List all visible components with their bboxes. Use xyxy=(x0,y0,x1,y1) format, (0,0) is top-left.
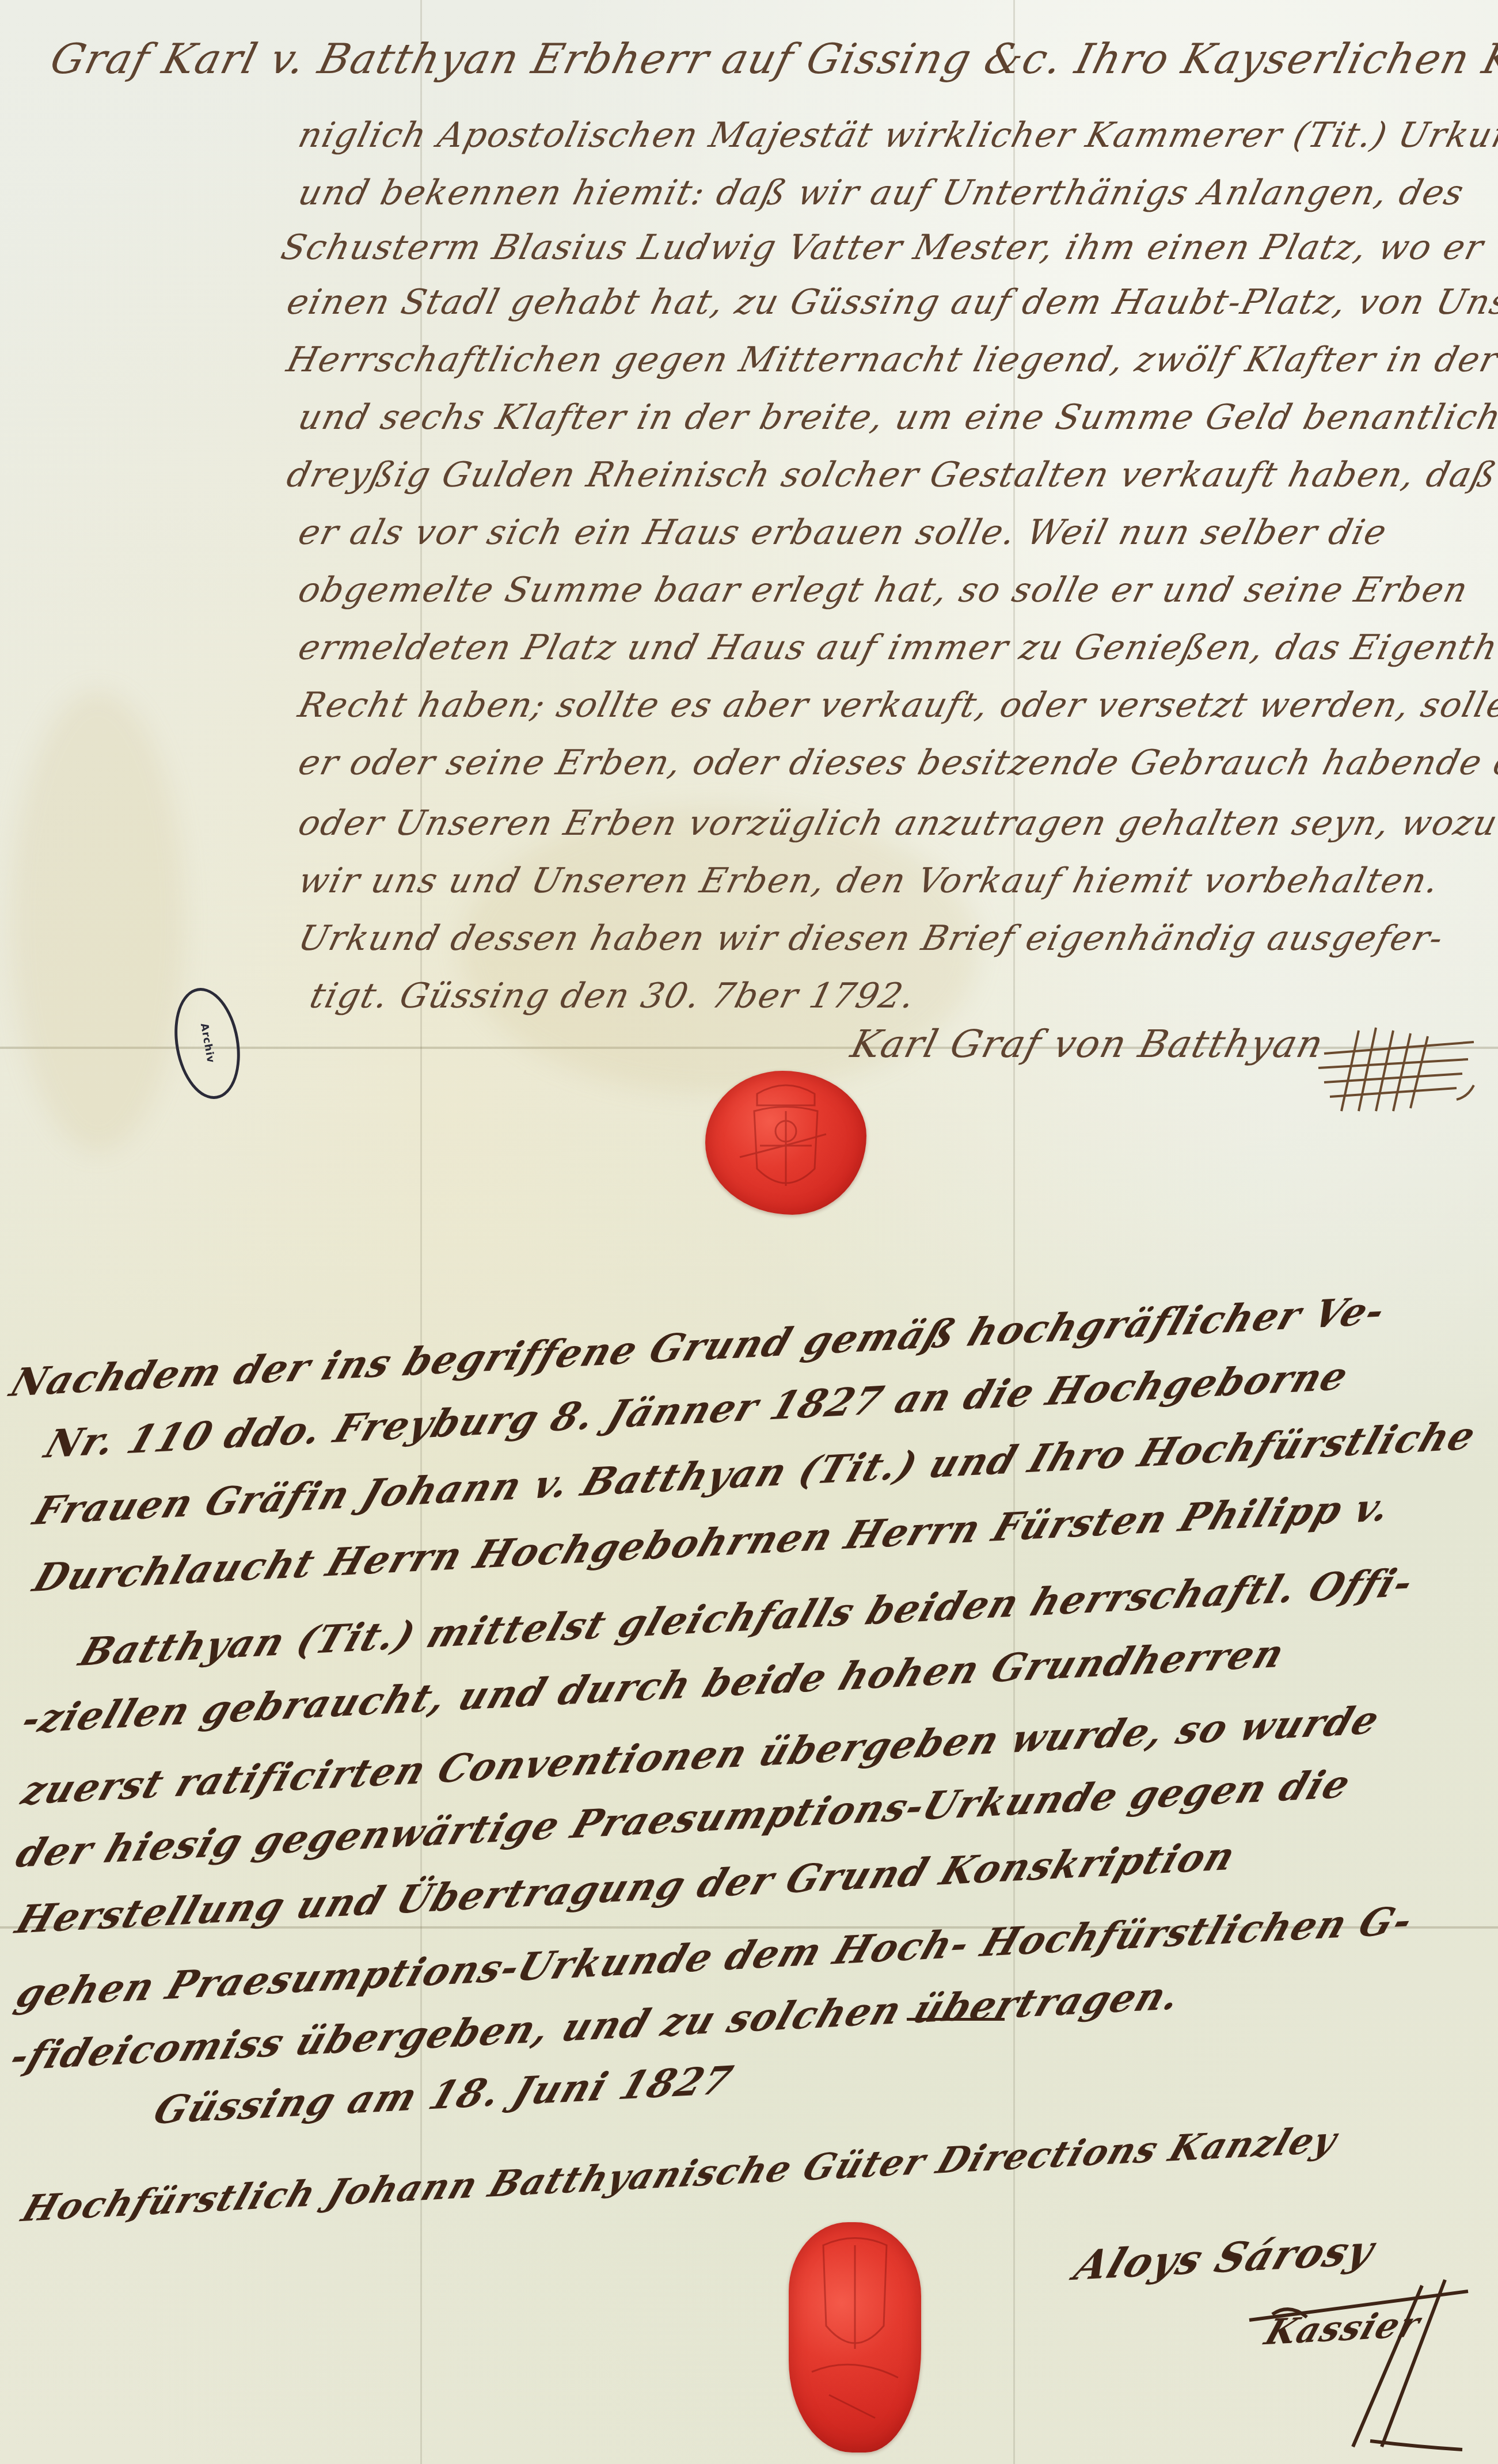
text-line: ermeldeten Platz und Haus auf immer zu G… xyxy=(294,628,1498,668)
signature-karl-batthyan: Karl Graf von Batthyan xyxy=(846,1022,1329,1066)
wax-seal-1792 xyxy=(705,1071,866,1215)
signature-flourish-icon xyxy=(1313,1019,1485,1117)
text-line: Herrschaftlichen gegen Mitternacht liege… xyxy=(283,340,1498,380)
text-line: er oder seine Erben, oder dieses besitze… xyxy=(294,743,1498,783)
text-line: er als vor sich ein Haus erbauen solle. … xyxy=(294,512,1391,553)
text-line: oder Unseren Erben vorzüglich anzutragen… xyxy=(294,803,1498,843)
text-line: wir uns und Unseren Erben, den Vorkauf h… xyxy=(294,861,1444,901)
text-line: obgemelte Summe baar erlegt hat, so soll… xyxy=(294,570,1473,610)
text-line: und sechs Klafter in der breite, um eine… xyxy=(294,397,1498,438)
text-line: Graf Karl v. Batthyan Erbherr auf Gissin… xyxy=(46,35,1498,83)
text-line: Recht haben; sollte es aber verkauft, od… xyxy=(294,685,1498,725)
text-line: einen Stadl gehabt hat, zu Güssing auf d… xyxy=(283,282,1498,322)
text-line: Schusterm Blasius Ludwig Vatter Mester, … xyxy=(277,227,1488,268)
paper-stain xyxy=(12,691,184,1151)
coat-of-arms-icon xyxy=(705,1071,866,1215)
archive-stamp-text: Archiv xyxy=(198,1022,216,1064)
wax-seal-1827 xyxy=(789,2222,921,2452)
place-date-1792: tigt. Güssing den 30. 7ber 1792. xyxy=(306,976,920,1016)
text-line: dreyßig Gulden Rheinisch solcher Gestalt… xyxy=(283,455,1498,495)
date-overline xyxy=(907,2018,1005,2021)
seal-emblem-icon xyxy=(789,2222,921,2452)
text-line: niglich Apostolischen Majestät wirkliche… xyxy=(294,115,1498,155)
text-line: und bekennen hiemit: daß wir auf Unterth… xyxy=(294,173,1469,213)
text-line: Urkund dessen haben wir diesen Brief eig… xyxy=(294,918,1448,959)
signature-flourish-icon xyxy=(1238,2274,1491,2458)
